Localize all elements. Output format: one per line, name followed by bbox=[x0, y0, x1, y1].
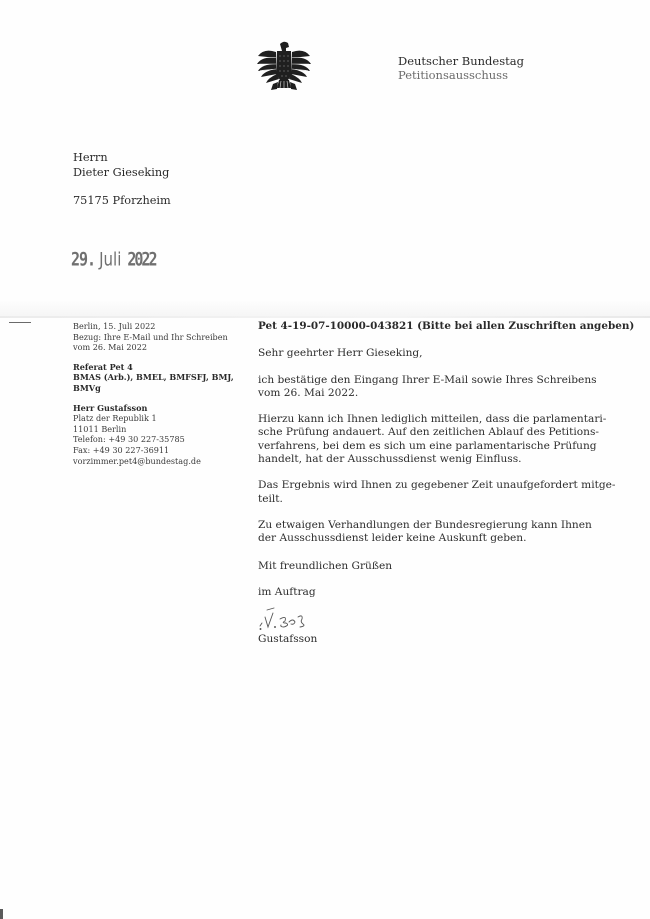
fold-line bbox=[0, 316, 650, 318]
federal-eagle-icon bbox=[256, 40, 312, 92]
ministries-line: BMAS (Arb.), BMEL, BMFSFJ, BMJ, bbox=[73, 372, 251, 383]
stamp-month: Juli bbox=[99, 248, 121, 271]
department-name: Petitionsausschuss bbox=[398, 68, 524, 82]
petition-reference: Pet 4-19-07-10000-043821 (Bitte bei alle… bbox=[258, 320, 648, 333]
reference-line: Bezug: Ihre E-Mail und Ihr Schreiben bbox=[73, 332, 251, 343]
letter-body: Pet 4-19-07-10000-043821 (Bitte bei alle… bbox=[258, 320, 648, 646]
paragraph-status: Hierzu kann ich Ihnen lediglich mitteile… bbox=[258, 413, 648, 466]
sender-info-block: Berlin, 15. Juli 2022 Bezug: Ihre E-Mail… bbox=[73, 321, 251, 466]
ministries-line: BMVg bbox=[73, 383, 251, 394]
closing-phrase: Mit freundlichen Grüßen bbox=[258, 560, 648, 573]
contact-street: Platz der Republik 1 bbox=[73, 413, 251, 424]
contact-fax: Fax: +49 30 227-36911 bbox=[73, 445, 251, 456]
signer-name: Gustafsson bbox=[258, 633, 648, 646]
department-label: Referat Pet 4 bbox=[73, 362, 251, 373]
on-behalf-label: im Auftrag bbox=[258, 586, 648, 599]
recipient-name: Dieter Gieseking bbox=[73, 165, 171, 180]
fold-shadow bbox=[0, 300, 650, 316]
received-date-stamp: 29.Juli2022 bbox=[71, 248, 155, 271]
organization-name: Deutscher Bundestag bbox=[398, 54, 524, 68]
contact-name: Herr Gustafsson bbox=[73, 403, 251, 414]
scan-edge-mark bbox=[0, 909, 3, 919]
sender-organization: Deutscher Bundestag Petitionsausschuss bbox=[398, 54, 524, 82]
contact-phone: Telefon: +49 30 227-35785 bbox=[73, 434, 251, 445]
paragraph-negotiations: Zu etwaigen Verhandlungen der Bundesregi… bbox=[258, 519, 648, 546]
stamp-year: 2022 bbox=[127, 248, 155, 271]
letter-page: Deutscher Bundestag Petitionsausschuss H… bbox=[0, 0, 650, 919]
recipient-salutation: Herrn bbox=[73, 150, 171, 165]
contact-postal-city: 11011 Berlin bbox=[73, 424, 251, 435]
place-date: Berlin, 15. Juli 2022 bbox=[73, 321, 251, 332]
stamp-day: 29. bbox=[71, 248, 95, 271]
reference-line: vom 26. Mai 2022 bbox=[73, 342, 251, 353]
paragraph-confirmation: ich bestätige den Eingang Ihrer E-Mail s… bbox=[258, 374, 648, 401]
fold-mark bbox=[9, 322, 31, 323]
paragraph-result: Das Ergebnis wird Ihnen zu gegebener Zei… bbox=[258, 479, 648, 506]
letter-salutation: Sehr geehrter Herr Gieseking, bbox=[258, 347, 648, 360]
handwritten-signature bbox=[258, 605, 648, 633]
contact-email: vorzimmer.pet4@bundestag.de bbox=[73, 456, 251, 467]
recipient-city: 75175 Pforzheim bbox=[73, 193, 171, 208]
recipient-address: Herrn Dieter Gieseking 75175 Pforzheim bbox=[73, 150, 171, 208]
